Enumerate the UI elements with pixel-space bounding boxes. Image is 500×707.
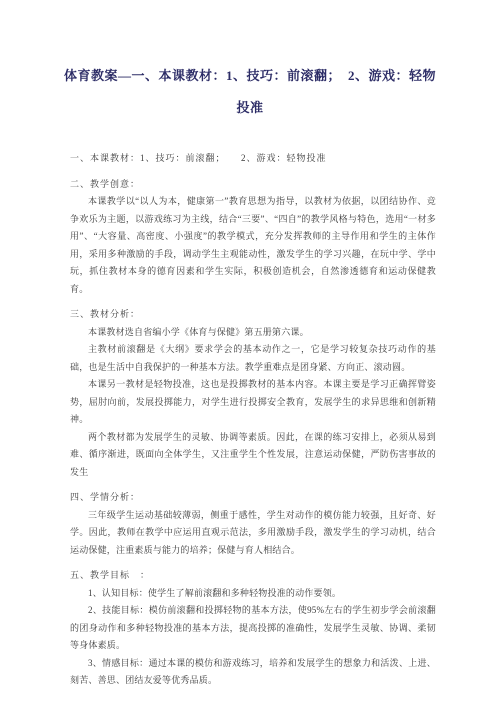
section-heading: 一、本课教材：1、技巧：前滚翻； 2、游戏：轻物投准 xyxy=(70,150,436,168)
paragraph: 三年级学生运动基础较薄弱，侧重于感性，学生对动作的模仿能力较强，且好奇、好学。因… xyxy=(70,507,436,560)
paragraph: 本课教材选自省编小学《体育与保健》第五册第六课。 xyxy=(70,324,436,342)
paragraph: 本课教学以“以人为本，健康第一”教育思想为指导，以教材为依据，以团结协作、竞争欢… xyxy=(70,193,436,298)
goal-item-skill: 2、技能目标：模仿前滚翻和投掷轻物的基本方法，使95%左右的学生初步学会前滚翻的… xyxy=(70,602,436,655)
section-teaching-material: 一、本课教材：1、技巧：前滚翻； 2、游戏：轻物投准 xyxy=(70,150,436,168)
section-teaching-idea: 二、教学创意： 本课教学以“以人为本，健康第一”教育思想为指导，以教材为依据，以… xyxy=(70,176,436,299)
section-teaching-goals: 五、教学目标 ： 1、认知目标：使学生了解前滚翻和多种轻物投准的动作要领。 2、… xyxy=(70,567,436,690)
document-title: 体育教案—一、本课教材：1、技巧：前滚翻； 2、游戏：轻物 投准 xyxy=(0,0,500,124)
section-heading: 五、教学目标 ： xyxy=(70,567,436,585)
goal-item-cognitive: 1、认知目标：使学生了解前滚翻和多种轻物投准的动作要领。 xyxy=(70,585,436,603)
document-title-line-2: 投准 xyxy=(0,92,500,124)
section-heading: 三、教材分析： xyxy=(70,306,436,324)
document-body: 一、本课教材：1、技巧：前滚翻； 2、游戏：轻物投准 二、教学创意： 本课教学以… xyxy=(70,150,436,690)
document-title-line-1: 体育教案—一、本课教材：1、技巧：前滚翻； 2、游戏：轻物 xyxy=(0,60,500,92)
paragraph: 主教材前滚翻是《大纲》要求学会的基本动作之一，它是学习较复杂技巧动作的基础，也是… xyxy=(70,341,436,376)
section-heading: 四、学情分析： xyxy=(70,489,436,507)
goal-item-emotional: 3、情感目标：通过本课的模仿和游戏练习，培养和发展学生的想象力和活泼、上进、刻苦… xyxy=(70,655,436,690)
paragraph: 两个教材都为发展学生的灵敏、协调等素质。因此，在课的练习安排上，必须从易到难、循… xyxy=(70,429,436,482)
lesson-plan-page: 体育教案—一、本课教材：1、技巧：前滚翻； 2、游戏：轻物 投准 一、本课教材：… xyxy=(0,0,500,707)
paragraph: 本课另一教材是轻物投准，这也是投掷教材的基本内容。本课主要是学习正确挥臂姿势，屈… xyxy=(70,376,436,429)
section-material-analysis: 三、教材分析： 本课教材选自省编小学《体育与保健》第五册第六课。 主教材前滚翻是… xyxy=(70,306,436,481)
section-heading: 二、教学创意： xyxy=(70,176,436,194)
section-student-analysis: 四、学情分析： 三年级学生运动基础较薄弱，侧重于感性，学生对动作的模仿能力较强，… xyxy=(70,489,436,559)
